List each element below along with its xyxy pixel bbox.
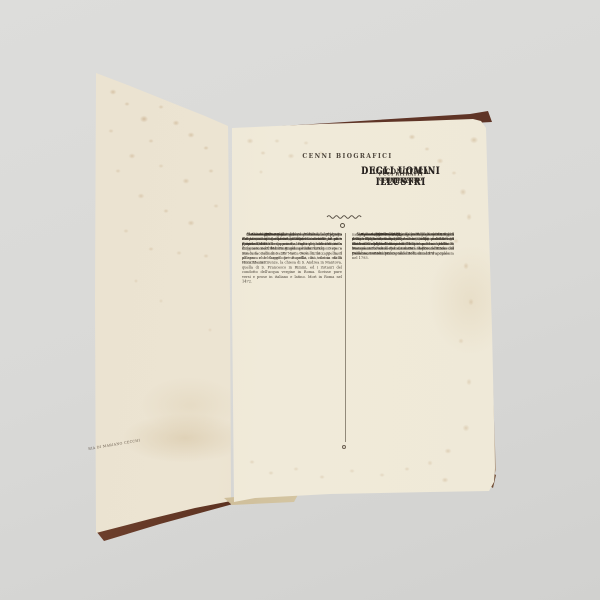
ornament-rule (326, 214, 364, 220)
biography-entry: Brunellesco (Filippo), insigne architett… (352, 232, 454, 241)
column-left: Albani (Gio. Francesco). Clemente XI nat… (242, 232, 342, 446)
biography-entry: Ariosto (Lodovico), uno dei quattro prin… (242, 232, 342, 246)
ornament-circle-bottom (342, 445, 346, 449)
ornament-circle-top (340, 223, 345, 228)
page-header: CENNI BIOGRAFICI DEGLI UOMINI ILLUSTRI I… (242, 153, 453, 167)
book-photograph: CENNI BIOGRAFICI DEGLI UOMINI ILLUSTRI I… (0, 0, 600, 600)
column-right: nacque in Reggio nel 1474, morì in Ferra… (352, 232, 454, 446)
column-divider (345, 233, 346, 442)
right-text-page: CENNI BIOGRAFICI DEGLI UOMINI ILLUSTRI I… (0, 0, 600, 600)
header-cenni-biografici: CENNI BIOGRAFICI (242, 153, 453, 160)
